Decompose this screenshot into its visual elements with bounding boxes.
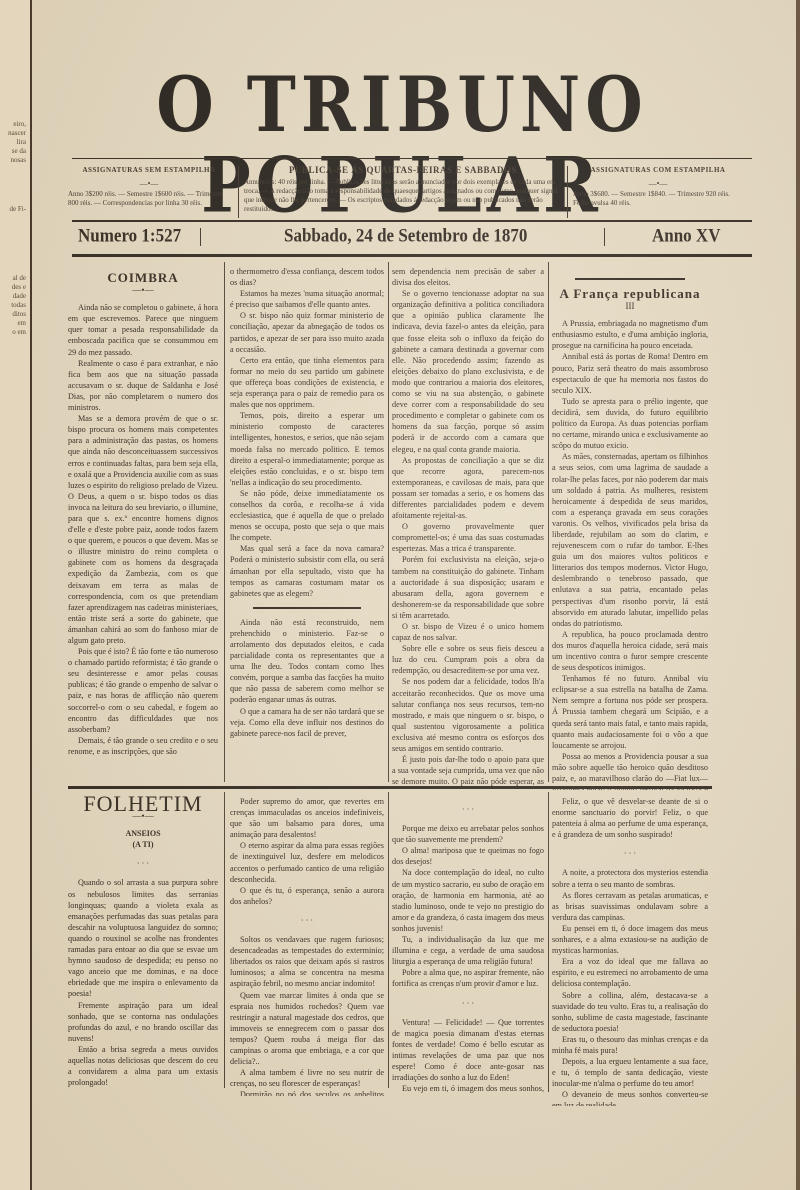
paragraph: Tenhamos fé no futuro. Annibal viu eclip… — [552, 673, 708, 751]
folhetim-column-2: Poder supremo do amor, que revertes em c… — [230, 796, 384, 1096]
fragment-text: des e — [0, 283, 26, 291]
paragraph: Pobre a alma que, no aspirar fremente, n… — [392, 967, 544, 989]
paragraph: Tudo se apresta para o prélio ingente, q… — [552, 396, 708, 451]
column-divider — [224, 262, 225, 782]
single-copy-price: Folha avulsa 40 réis. — [573, 199, 743, 208]
issue-number: Numero 1:527 — [78, 225, 181, 247]
column-4-upper: A França republicanaIIIA Prussia, embria… — [552, 270, 708, 790]
divider — [604, 228, 605, 246]
folhetim-dedication: (A TI) — [68, 839, 218, 850]
article-title: COIMBRA — [68, 272, 218, 283]
folhetim-rule — [68, 786, 712, 789]
paragraph: Porque me deixo eu arrebatar pelos sonho… — [392, 823, 544, 845]
paragraph: Fremente aspiração para um ideal sonhado… — [68, 1000, 218, 1044]
section-dots: · · · — [392, 804, 544, 815]
folhetim-subtitle: ANSEIOS — [68, 828, 218, 839]
paragraph: Demais, é tão grande o seu credito e o s… — [68, 735, 218, 757]
section-dots: · · · — [230, 915, 384, 926]
fragment-text: nascer — [0, 129, 26, 137]
folhetim-title: FOLHETIM — [68, 798, 218, 809]
paragraph: Quem vae marcar limites á onda que se es… — [230, 990, 384, 1068]
paragraph: Mas qual será a face da nova camara? Pod… — [230, 543, 384, 598]
paragraph: As mães, consternadas, apertam os filhin… — [552, 451, 708, 629]
ornament: —•— — [68, 285, 218, 296]
column-2-upper: o thermometro d'essa confiança, descem t… — [230, 266, 384, 788]
column-divider — [548, 262, 549, 782]
paragraph: O sr. bispo de Vizeu é o unico homem cap… — [392, 621, 544, 643]
paragraph: O devaneio de meus sonhos converteu-se e… — [552, 1089, 708, 1106]
fragment-text: ditos — [0, 310, 26, 318]
paragraph: Era a voz do ideal que me fallava ao esp… — [552, 956, 708, 989]
folhetim-column-3: · · ·Porque me deixo eu arrebatar pelos … — [392, 796, 544, 1096]
fragment-text: eiro, — [0, 120, 26, 128]
paragraph: O alma! mariposa que te queimas no fogo … — [392, 845, 544, 867]
paragraph: A republica, ha pouco proclamada dentro … — [552, 629, 708, 673]
subscription-right-heading: ASSIGNATURAS COM ESTAMPILHA — [573, 166, 743, 175]
divider — [200, 228, 201, 246]
fragment-text: de Fi- — [0, 205, 26, 213]
paragraph: Na doce contemplação do ideal, no culto … — [392, 867, 544, 934]
paragraph: Sobre elle e sobre os seus fieis desceu … — [392, 643, 544, 676]
fragment-text: lira — [0, 138, 26, 146]
paragraph: Eu vejo em ti, ó imagem dos meus sonhos,… — [392, 1083, 544, 1096]
paragraph: Dormirão no pó dos seculos os anhelitos … — [230, 1089, 384, 1096]
column-divider — [388, 262, 389, 782]
paragraph: Certo era então, que tinha elementos par… — [230, 355, 384, 410]
paragraph: Poder supremo do amor, que revertes em c… — [230, 796, 384, 840]
paragraph: Ainda não se completou o gabinete, á hor… — [68, 302, 218, 357]
paragraph: Mas se a demora provém de que o sr. bisp… — [68, 413, 218, 646]
masthead-rule — [72, 158, 752, 159]
paragraph: O que a camara ha de ser não tardará que… — [230, 706, 384, 739]
paragraph: Feliz, o que vê desvelar-se deante de si… — [552, 796, 708, 840]
publication-info: PUBLICA-SE ÁS QUARTAS-FEIRAS E SABBADOS … — [244, 166, 562, 214]
paragraph: Porém foi exclusivista na eleição, seja-… — [392, 554, 544, 621]
paragraph: Tu, a individualisação da luz que me ill… — [392, 934, 544, 967]
fragment-text: em — [0, 319, 26, 327]
paragraph: sem dependencia nem precisão de saber a … — [392, 266, 544, 288]
paragraph: Soltos os vendavaes que rugem furiosos; … — [230, 934, 384, 989]
paragraph: O eterno aspirar da alma para essas regi… — [230, 840, 384, 884]
publication-text: Annuncios: 40 réis por linha. — Publicaç… — [244, 178, 562, 214]
paragraph: Annibal está ás portas de Roma! Dentro e… — [552, 351, 708, 395]
column-divider — [224, 792, 225, 1088]
folhetim-column-4: Feliz, o que vê desvelar-se deante de si… — [552, 796, 708, 1106]
paragraph: Quando o sol arrasta a sua purpura sobre… — [68, 877, 218, 999]
paragraph: Sobre a collina, além, destacava-se a su… — [552, 990, 708, 1034]
fragment-text: dade — [0, 292, 26, 300]
paragraph: Então a brisa segreda a meus ouvidos aqu… — [68, 1044, 218, 1088]
paragraph: Se o governo tencionasse adoptar na sua … — [392, 288, 544, 454]
paragraph: Ventura! — Felicidade! — Que torrentes d… — [392, 1017, 544, 1084]
paragraph: A Prussia, embriagada no magnetismo d'um… — [552, 318, 708, 351]
dateline-rule — [72, 254, 752, 257]
subscription-right-text: Anno 3$680. — Semestre 1$840. — Trimestr… — [573, 190, 743, 199]
section-dots: · · · — [68, 858, 218, 869]
column-divider — [548, 792, 549, 1092]
paragraph: O governo provavelmente quer compromette… — [392, 521, 544, 554]
issue-date: Sabbado, 24 de Setembro de 1870 — [284, 225, 527, 247]
ornament: —•— — [573, 179, 743, 188]
newspaper-page: O TRIBUNO POPULAR ASSIGNATURAS SEM ESTAM… — [32, 0, 796, 1190]
column-1-upper: COIMBRA—•—Ainda não se completou o gabin… — [68, 268, 218, 780]
paragraph: Se não póde, deixe immediatamente os con… — [230, 488, 384, 543]
paragraph: As propostas de conciliação a que se diz… — [392, 455, 544, 522]
fragment-text: al de — [0, 274, 26, 282]
subscription-left-heading: ASSIGNATURAS SEM ESTAMPILHA — [68, 166, 230, 175]
paragraph: A noite, a protectora dos mysterios este… — [552, 867, 708, 889]
section-dots: · · · — [392, 998, 544, 1009]
fragment-text: o em — [0, 328, 26, 336]
fragment-text: se da — [0, 147, 26, 155]
issue-year: Anno XV — [652, 225, 721, 247]
fragment-text: nosas — [0, 156, 26, 164]
column-3-upper: sem dependencia nem precisão de saber a … — [392, 266, 544, 788]
paragraph: Realmente o caso é para extranhar, e não… — [68, 358, 218, 413]
subscription-left-text: Anno 3$200 réis. — Semestre 1$600 réis. … — [68, 190, 230, 208]
adjacent-page-edge: eiro,nascerlirase danosasde Fi-al dedes … — [0, 0, 32, 1190]
paragraph: É justo pois dar-lhe todo o apoio para q… — [392, 754, 544, 788]
fragment-text: todas — [0, 301, 26, 309]
subscription-with-stamp: ASSIGNATURAS COM ESTAMPILHA —•— Anno 3$6… — [573, 166, 743, 208]
paragraph: Eu pensei em ti, ó doce imagem dos meus … — [552, 923, 708, 956]
folhetim-column-1: FOLHETIM—•—ANSEIOS(A TI)· · ·Quando o so… — [68, 796, 218, 1096]
separator-rule — [253, 607, 361, 609]
paragraph: Temos, pois, direito a esperar um minist… — [230, 410, 384, 488]
header-rule — [72, 220, 752, 222]
paragraph: Estamos ha mezes 'numa situação anormal;… — [230, 288, 384, 310]
section-dots: · · · — [552, 848, 708, 859]
paragraph: O que és tu, ó esperança, senão a aurora… — [230, 885, 384, 907]
paragraph: Eras tu, o thesouro das minhas crenças e… — [552, 1034, 708, 1056]
paragraph: A alma tambem é livre no seu nutrir de c… — [230, 1067, 384, 1089]
paragraph: Pois que é isto? É tão forte e tão numer… — [68, 646, 218, 735]
subscription-without-stamp: ASSIGNATURAS SEM ESTAMPILHA —•— Anno 3$2… — [68, 166, 230, 208]
paragraph: Depois, a lua ergueu lentamente a sua fa… — [552, 1056, 708, 1089]
ornament: —•— — [68, 179, 230, 188]
article-title: A França republicana — [552, 288, 708, 299]
paragraph: O sr. bispo não quiz formar ministerio d… — [230, 310, 384, 354]
paragraph: o thermometro d'essa confiança, descem t… — [230, 266, 384, 288]
article-part-number: III — [552, 301, 708, 312]
divider — [238, 166, 239, 218]
paragraph: Se nos podem dar a felicidade, todos lh'… — [392, 676, 544, 754]
divider — [567, 166, 568, 218]
separator-rule — [575, 278, 684, 280]
paragraph: Ainda não está reconstruido, nem prehenc… — [230, 617, 384, 706]
column-divider — [388, 792, 389, 1088]
paragraph: As flores cerravam as petalas aromaticas… — [552, 890, 708, 923]
paragraph: Possa ao menos a Providencia pousar a su… — [552, 751, 708, 790]
publication-heading: PUBLICA-SE ÁS QUARTAS-FEIRAS E SABBADOS — [244, 166, 562, 175]
